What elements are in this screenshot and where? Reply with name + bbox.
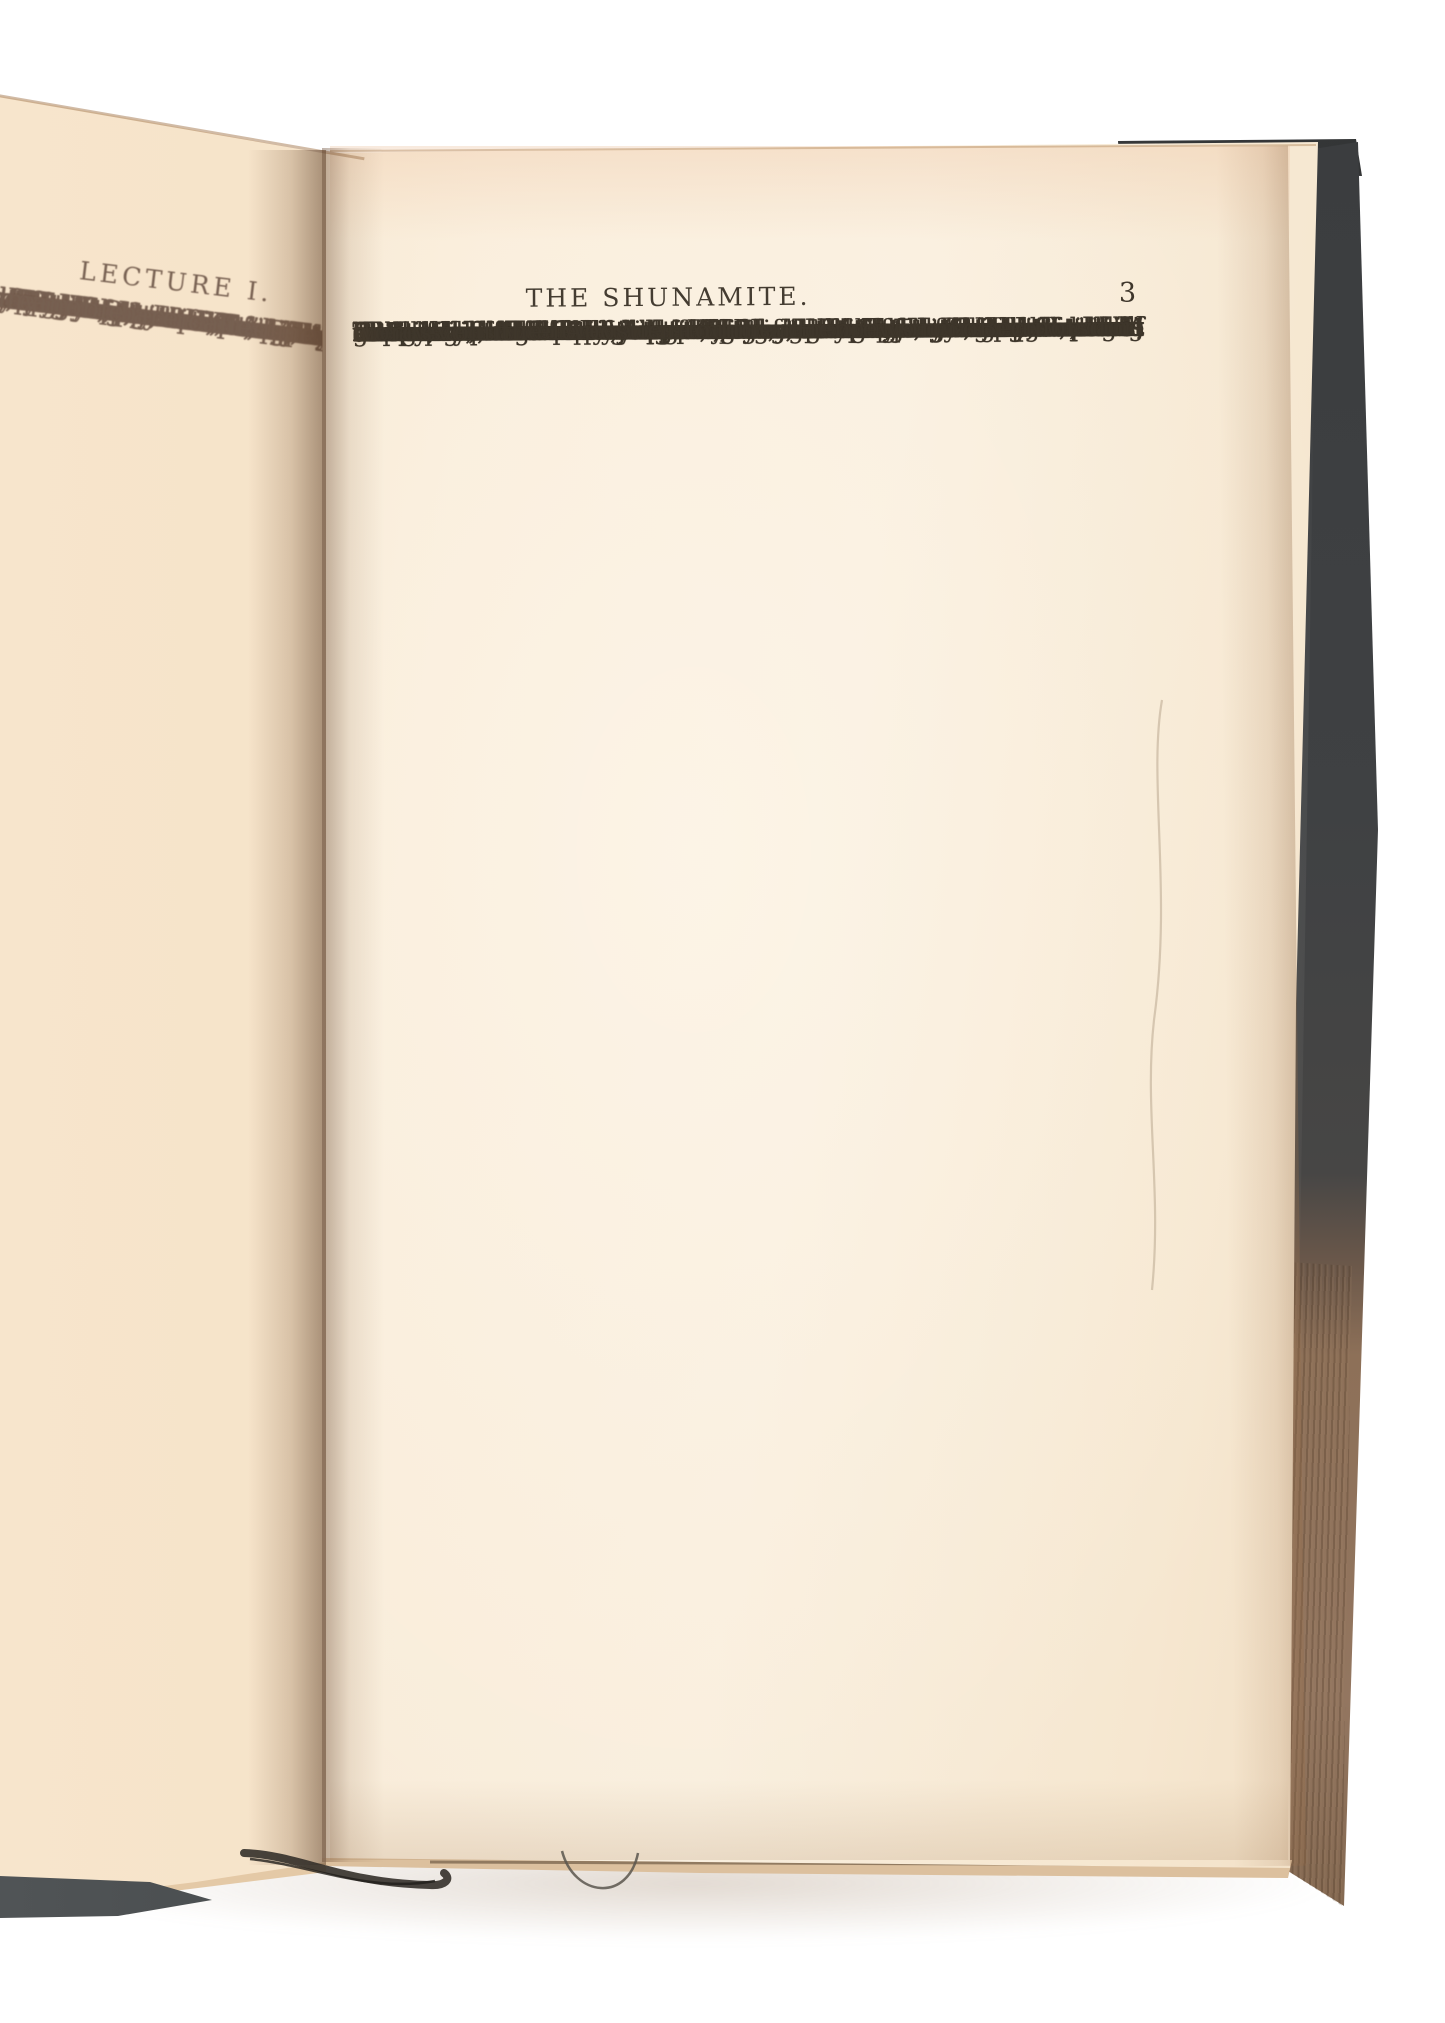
- pencil-mark: [1128, 690, 1198, 1310]
- book-photo: LECTURE I. s effect is, that the relatio…: [0, 0, 1445, 2023]
- gutter-shadow-left: [248, 150, 326, 1865]
- right-page-text-block: THE SHUNAMITE. 3 But in all ages there h…: [352, 277, 1144, 283]
- running-title: THE SHUNAMITE.: [526, 282, 811, 313]
- right-page-line: words of the Apostle to the Hebrews, “ B…: [352, 307, 1144, 353]
- binding-thread: [230, 1845, 700, 1925]
- page-number: 3: [1119, 278, 1136, 309]
- gutter-shadow-right: [322, 148, 384, 1862]
